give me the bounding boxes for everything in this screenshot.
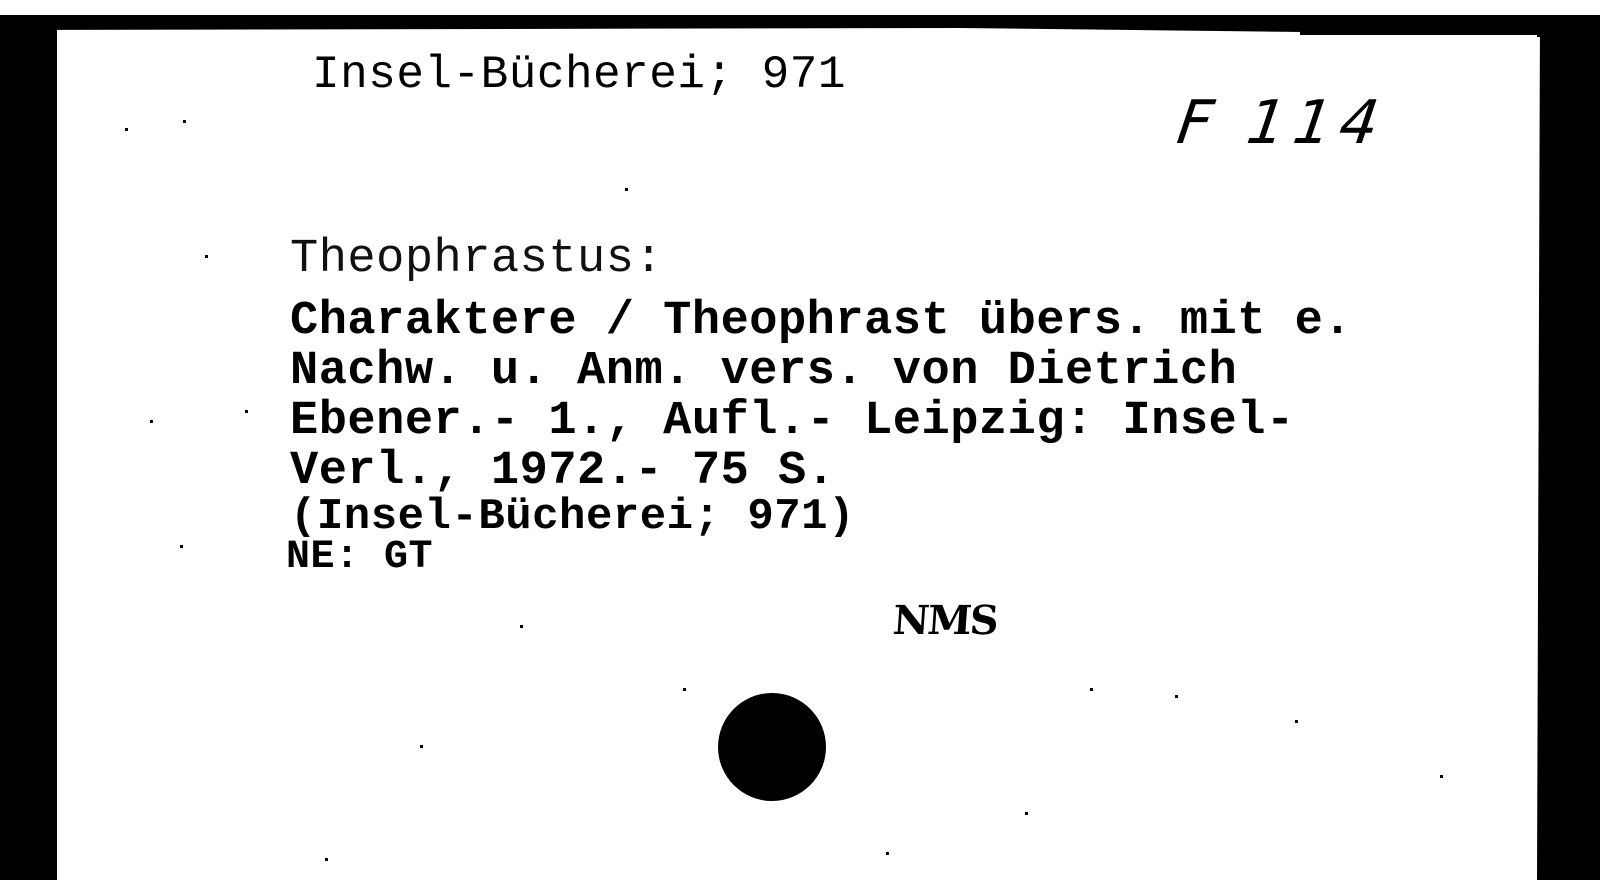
scan-speck bbox=[1440, 775, 1443, 778]
punch-hole bbox=[718, 693, 826, 801]
scan-speck bbox=[683, 688, 686, 691]
author-heading: Theophrastus: bbox=[290, 236, 663, 283]
description-line-2: Nachw. u. Anm. vers. von Dietrich bbox=[290, 348, 1237, 395]
scan-speck bbox=[125, 128, 128, 131]
scan-speck bbox=[625, 188, 628, 191]
series-note: (Insel-Bücherei; 971) bbox=[290, 495, 855, 539]
series-heading: Insel-Bücherei; 971 bbox=[312, 52, 846, 98]
scan-speck bbox=[150, 420, 153, 423]
scan-speck bbox=[520, 625, 523, 628]
library-stamp: NMS bbox=[891, 597, 998, 644]
scan-border-right bbox=[1537, 15, 1600, 880]
added-entry-note: NE: GT bbox=[286, 538, 433, 578]
scan-speck bbox=[245, 410, 248, 413]
description-line-1: Charaktere / Theophrast übers. mit e. bbox=[290, 298, 1352, 345]
scan-speck bbox=[420, 745, 423, 748]
scan-speck bbox=[180, 545, 183, 548]
scan-speck bbox=[1025, 812, 1028, 815]
scan-speck bbox=[183, 120, 186, 123]
scan-border-left bbox=[0, 15, 57, 880]
description-line-4: Verl., 1972.- 75 S. bbox=[290, 448, 835, 495]
scan-speck bbox=[1175, 695, 1178, 698]
scan-speck bbox=[205, 255, 208, 258]
scan-speck bbox=[886, 852, 889, 855]
scan-speck bbox=[1295, 720, 1298, 723]
scan-speck bbox=[325, 858, 328, 861]
scan-speck bbox=[1090, 688, 1093, 691]
call-number: F 114 bbox=[1173, 88, 1391, 158]
description-line-3: Ebener.- 1., Aufl.- Leipzig: Insel- bbox=[290, 398, 1295, 445]
